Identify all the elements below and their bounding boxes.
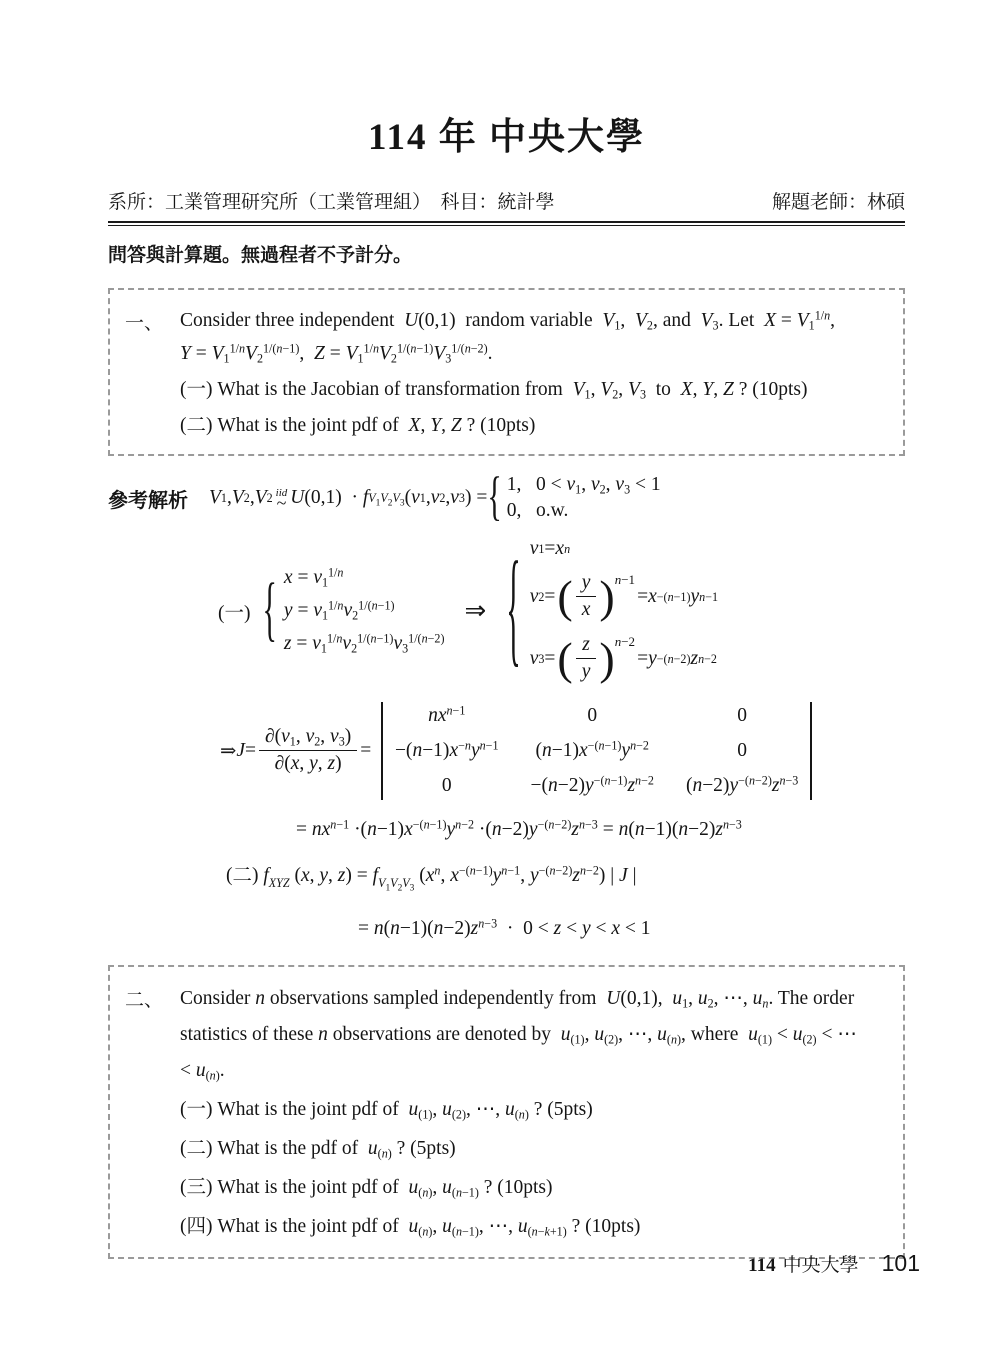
- determinant: nxn−1 0 0 −(n−1)x−nyn−1 (n−1)x−(n−1)yn−2…: [381, 702, 812, 800]
- page-number: 101: [882, 1250, 920, 1277]
- question-2-intro-line-1: Consider n observations sampled independ…: [180, 981, 889, 1017]
- question-2-body: Consider n observations sampled independ…: [180, 981, 889, 1245]
- determinant-right-bar: [810, 702, 812, 800]
- system-left-row-3: z = v11/nv21/(n−1)v31/(n−2): [284, 630, 445, 657]
- solution-part-2-line: (二) fXYZ (x, y, z) = fV1V2V3 (xn, x−(n−1…: [226, 861, 905, 898]
- jacobian-lead: ⇒ J = ∂(v1, v2, v3)∂(x, y, z) =: [220, 726, 371, 776]
- matrix-cell-2-3: 0: [737, 740, 747, 762]
- question-1-part-2: (二) What is the joint pdf of X, Y, Z ? (…: [180, 409, 889, 442]
- question-1-marker: 一、: [125, 304, 180, 442]
- question-2-intro-line-2: statistics of these n observations are d…: [180, 1017, 889, 1053]
- dept-subject-line: 系所：工業管理研究所（工業管理組） 科目：統計學: [108, 187, 555, 214]
- page-content: 114 年 中央大學 系所：工業管理研究所（工業管理組） 科目：統計學 解題老師…: [0, 0, 1000, 1259]
- question-2-part-4: (四) What is the joint pdf of u(n), u(n−1…: [180, 1209, 889, 1245]
- system-right-row-2: v2 = (yx)n−1 = x−(n−1)yn−1: [530, 572, 718, 622]
- question-2-part-2: (二) What is the pdf of u(n) ? (5pts): [180, 1131, 889, 1167]
- solution-final-line: = n(n−1)(n−2)zn−3 · 0 < z < y < x < 1: [358, 914, 905, 944]
- system-right-row-3: v3 = (zy)n−2 = y−(n−2)zn−2: [530, 634, 718, 684]
- footer-school: 中央大學: [783, 1250, 859, 1277]
- matrix-cell-1-2: 0: [587, 705, 597, 727]
- question-2-box: 二、 Consider n observations sampled indep…: [108, 965, 905, 1259]
- matrix-cell-2-2: (n−1)x−(n−1)yn−2: [535, 740, 648, 762]
- question-1-intro-line-2: Y = V11/nV21/(n−1), Z = V11/nV21/(n−1)V3…: [180, 337, 889, 370]
- question-2-row: 二、 Consider n observations sampled indep…: [125, 981, 889, 1245]
- jacobian-equation: ⇒ J = ∂(v1, v2, v3)∂(x, y, z) = nxn−1 0 …: [220, 702, 905, 800]
- page-footer: 114 中央大學 101: [748, 1250, 920, 1277]
- exam-solution-page: 114 年 中央大學 系所：工業管理研究所（工業管理組） 科目：統計學 解題老師…: [0, 0, 1000, 1353]
- matrix-cell-3-3: (n−2)y−(n−2)zn−3: [686, 775, 798, 797]
- solution-label: 參考解析: [108, 484, 209, 513]
- question-2-part-3: (三) What is the joint pdf of u(n), u(n−1…: [180, 1170, 889, 1206]
- question-1-body: Consider three independent U(0,1) random…: [180, 304, 889, 442]
- matrix-cell-3-1: 0: [442, 775, 452, 797]
- implies-arrow: ⇒: [465, 596, 487, 626]
- question-1-intro-line-1: Consider three independent U(0,1) random…: [180, 304, 889, 337]
- question-2-intro-line-3: < u(n).: [180, 1053, 889, 1089]
- system-right-row-1: v1 = xn: [530, 538, 718, 560]
- question-1-box: 一、 Consider three independent U(0,1) ran…: [108, 288, 905, 456]
- determinant-product-line: = nxn−1 ·(n−1)x−(n−1)yn−2 ·(n−2)y−(n−2)z…: [296, 815, 905, 845]
- matrix-cell-2-1: −(n−1)x−nyn−1: [395, 740, 499, 762]
- page-title: 114 年 中央大學: [108, 0, 905, 160]
- question-1-row: 一、 Consider three independent U(0,1) ran…: [125, 304, 889, 442]
- question-2-part-1: (一) What is the joint pdf of u(1), u(2),…: [180, 1092, 889, 1128]
- system-right-rows: v1 = xn v2 = (yx)n−1 = x−(n−1)yn−1 v3 = …: [530, 538, 718, 684]
- system-left-row-1: x = v11/n: [284, 564, 445, 591]
- solution-section-header: 參考解析 V1, V2, V2 iid~ U(0,1) · fV1V2V3 (v…: [108, 474, 905, 522]
- matrix-cell-3-2: −(n−2)y−(n−1)zn−2: [531, 775, 654, 797]
- question-2-marker: 二、: [125, 981, 180, 1245]
- solution-part-1-marker: (一): [218, 597, 251, 625]
- exam-info-row: 系所：工業管理研究所（工業管理組） 科目：統計學 解題老師：林碩: [108, 187, 905, 214]
- solution-part-1-system: (一) x = v11/n y = v11/nv21/(n−1) z = v11…: [218, 538, 905, 684]
- footer-year: 114: [748, 1255, 775, 1277]
- teacher-line: 解題老師：林碩: [772, 187, 905, 214]
- question-1-part-1: (一) What is the Jacobian of transformati…: [180, 373, 889, 406]
- double-divider: [108, 221, 905, 226]
- solution-setup-equation: V1, V2, V2 iid~ U(0,1) · fV1V2V3 (v1, v2…: [209, 474, 661, 522]
- system-left-row-2: y = v11/nv21/(n−1): [284, 597, 445, 624]
- system-left-rows: x = v11/n y = v11/nv21/(n−1) z = v11/nv2…: [284, 564, 445, 657]
- system-right-brace-group: v1 = xn v2 = (yx)n−1 = x−(n−1)yn−1 v3 = …: [506, 538, 718, 684]
- determinant-matrix: nxn−1 0 0 −(n−1)x−nyn−1 (n−1)x−(n−1)yn−2…: [383, 702, 810, 800]
- matrix-cell-1-1: nxn−1: [428, 705, 465, 727]
- system-left-brace-group: x = v11/n y = v11/nv21/(n−1) z = v11/nv2…: [263, 564, 445, 657]
- instruction-line: 問答與計算題。無過程者不予計分。: [108, 240, 905, 267]
- matrix-cell-1-3: 0: [737, 705, 747, 727]
